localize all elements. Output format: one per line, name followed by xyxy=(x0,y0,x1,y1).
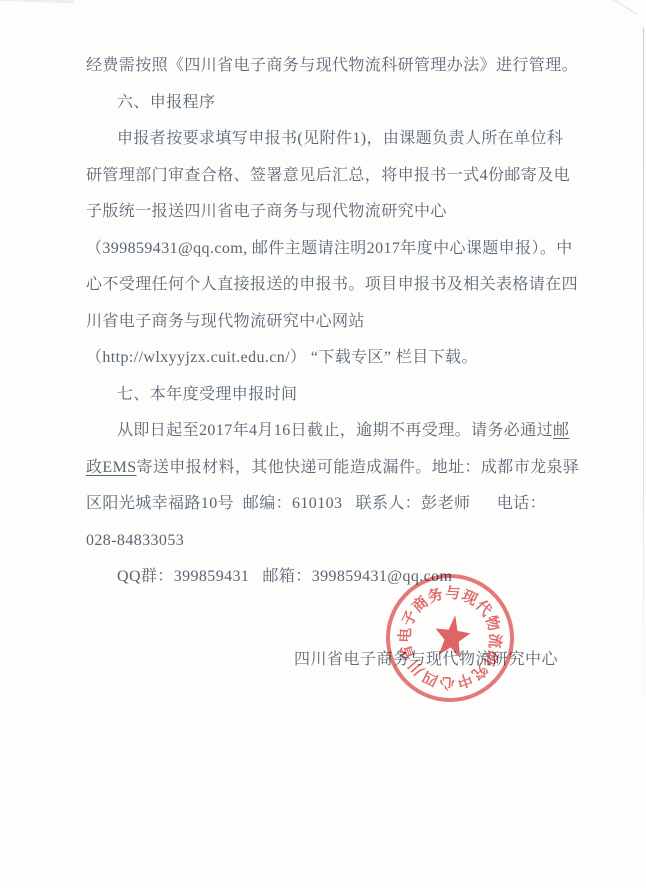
text-segment: 六、申报程序 xyxy=(117,94,215,111)
text-segment: 川省电子商务与现代物流研究中心网站 xyxy=(86,313,365,330)
text-segment: 028-84833053 xyxy=(86,532,184,549)
underlined-text: 政EMS xyxy=(86,459,137,476)
text-line: QQ群：399859431 邮箱：399859431@qq.com xyxy=(86,559,606,596)
text-segment: 心不受理任何个人直接报送的申报书。项目申报书及相关表格请在四 xyxy=(86,276,578,293)
text-segment: 经费需按照《四川省电子商务与现代物流科研管理办法》进行管理。 xyxy=(86,57,578,74)
scan-artifact-top-left xyxy=(0,0,74,3)
scanned-document-page: 经费需按照《四川省电子商务与现代物流科研管理办法》进行管理。六、申报程序申报者按… xyxy=(0,0,646,888)
underlined-text: 邮 xyxy=(553,422,569,439)
text-segment: 从即日起至2017年4月16日截止，逾期不再受理。请务必通过 xyxy=(117,422,553,439)
seal-ring-char: 心 xyxy=(437,671,458,692)
scan-artifact-top-right xyxy=(601,0,638,15)
text-line: 研管理部门审查合格、签署意见后汇总，将申报书一式4份邮寄及电 xyxy=(86,158,606,195)
text-segment: 申报者按要求填写申报书(见附件1)，由课题负责人所在单位科 xyxy=(117,130,563,147)
text-segment: 子版统一报送四川省电子商务与现代物流研究中心 xyxy=(86,203,447,220)
text-line: 从即日起至2017年4月16日截止，逾期不再受理。请务必通过邮 xyxy=(86,413,606,450)
text-line: 心不受理任何个人直接报送的申报书。项目申报书及相关表格请在四 xyxy=(86,267,606,304)
text-line: 六、申报程序 xyxy=(86,85,606,122)
text-segment: 区阳光城幸福路10号 邮编：610103 联系人：彭老师 电话： xyxy=(86,495,546,512)
text-segment: 七、本年度受理申报时间 xyxy=(117,386,297,403)
official-seal-stamp: 四川省电子商务与现代物流研究中心 xyxy=(382,570,519,707)
text-segment: 研管理部门审查合格、签署意见后汇总，将申报书一式4份邮寄及电 xyxy=(86,167,570,184)
text-line: 申报者按要求填写申报书(见附件1)，由课题负责人所在单位科 xyxy=(86,121,606,158)
text-line: （399859431@qq.com, 邮件主题请注明2017年度中心课题申报）。… xyxy=(86,231,606,268)
scan-artifact-page-edge xyxy=(643,28,644,738)
text-segment: （http://wlxyyjzx.cuit.edu.cn/） “下载专区” 栏目… xyxy=(86,349,478,366)
text-line: 政EMS寄送申报材料，其他快递可能造成漏件。地址：成都市龙泉驿 xyxy=(86,450,606,487)
text-line: 川省电子商务与现代物流研究中心网站 xyxy=(86,304,606,341)
text-line: 经费需按照《四川省电子商务与现代物流科研管理办法》进行管理。 xyxy=(86,48,606,85)
text-segment: （399859431@qq.com, 邮件主题请注明2017年度中心课题申报）。… xyxy=(86,240,573,257)
text-line: （http://wlxyyjzx.cuit.edu.cn/） “下载专区” 栏目… xyxy=(86,340,606,377)
text-segment: 寄送申报材料，其他快递可能造成漏件。地址：成都市龙泉驿 xyxy=(137,459,580,476)
text-line: 子版统一报送四川省电子商务与现代物流研究中心 xyxy=(86,194,606,231)
text-line: 区阳光城幸福路10号 邮编：610103 联系人：彭老师 电话： xyxy=(86,486,606,523)
text-line: 七、本年度受理申报时间 xyxy=(86,377,606,414)
text-line: 028-84833053 xyxy=(86,523,606,560)
document-body: 经费需按照《四川省电子商务与现代物流科研管理办法》进行管理。六、申报程序申报者按… xyxy=(86,48,606,596)
